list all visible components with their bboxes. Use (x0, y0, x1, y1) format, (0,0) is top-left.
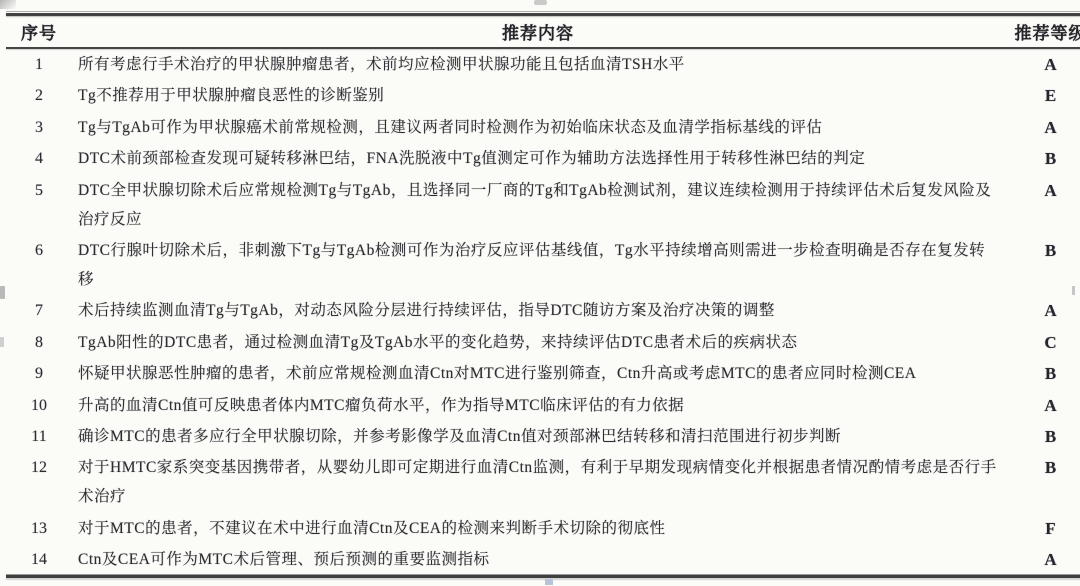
table-row: 14 Ctn及CEA可作为MTC术后管理、预后预测的重要监测指标 A (0, 545, 1080, 574)
row-number: 7 (0, 296, 78, 325)
table-body: 1 所有考虑行手术治疗的甲状腺肿瘤患者，术前均应检测甲状腺功能且包括血清TSH水… (0, 50, 1080, 576)
row-grade: A (998, 296, 1080, 325)
row-grade: C (998, 328, 1080, 357)
row-number: 13 (0, 514, 78, 543)
row-grade: A (998, 545, 1080, 574)
row-grade: B (998, 236, 1080, 265)
table-row: 3 Tg与TgAb可作为甲状腺癌术前常规检测，且建议两者同时检测作为初始临床状态… (0, 113, 1080, 142)
scanned-guideline-table-page: 序号 推荐内容 推荐等级 1 所有考虑行手术治疗的甲状腺肿瘤患者，术前均应检测甲… (0, 0, 1080, 586)
row-grade: B (998, 422, 1080, 451)
row-number: 10 (0, 391, 78, 420)
row-content: 术后持续监测血清Tg与TgAb，对动态风险分层进行持续评估，指导DTC随访方案及… (78, 296, 998, 325)
scan-artifact-bottom (545, 579, 553, 585)
row-number: 9 (0, 359, 78, 388)
row-grade: A (998, 176, 1080, 205)
row-content: Tg不推荐用于甲状腺肿瘤良恶性的诊断鉴别 (78, 81, 998, 110)
row-grade: A (998, 113, 1080, 142)
row-content: 所有考虑行手术治疗的甲状腺肿瘤患者，术前均应检测甲状腺功能且包括血清TSH水平 (78, 50, 998, 79)
scan-artifact-right (1072, 286, 1075, 295)
row-content: DTC全甲状腺切除术后应常规检测Tg与TgAb，且选择同一厂商的Tg和TgAb检… (78, 176, 998, 234)
row-grade: B (998, 144, 1080, 173)
row-number: 4 (0, 144, 78, 173)
row-number: 11 (0, 422, 78, 451)
scan-artifact-top (534, 0, 547, 5)
row-number: 2 (0, 81, 78, 110)
row-content: 确诊MTC的患者多应行全甲状腺切除，并参考影像学及血清Ctn值对颈部淋巴结转移和… (78, 422, 998, 451)
row-content: 升高的血清Ctn值可反映患者体内MTC瘤负荷水平，作为指导MTC临床评估的有力依… (78, 391, 998, 420)
table-row: 12 对于HMTC家系突变基因携带者，从婴幼儿即可定期进行血清Ctn监测，有利于… (0, 453, 1080, 511)
scan-artifact-left-2 (0, 337, 4, 347)
table-row: 2 Tg不推荐用于甲状腺肿瘤良恶性的诊断鉴别 E (0, 81, 1080, 110)
table-row: 1 所有考虑行手术治疗的甲状腺肿瘤患者，术前均应检测甲状腺功能且包括血清TSH水… (0, 50, 1080, 79)
row-number: 3 (0, 113, 78, 142)
table-row: 9 怀疑甲状腺恶性肿瘤的患者，术前应常规检测血清Ctn对MTC进行鉴别筛查，Ct… (0, 359, 1080, 388)
table-header-rule (6, 47, 1080, 49)
table-row: 8 TgAb阳性的DTC患者，通过检测血清Tg及TgAb水平的变化趋势，来持续评… (0, 328, 1080, 357)
row-grade: B (998, 453, 1080, 482)
table-row: 6 DTC行腺叶切除术后，非刺激下Tg与TgAb检测可作为治疗反应评估基线值，T… (0, 236, 1080, 294)
row-number: 8 (0, 328, 78, 357)
table-row: 10 升高的血清Ctn值可反映患者体内MTC瘤负荷水平，作为指导MTC临床评估的… (0, 391, 1080, 420)
row-number: 6 (0, 236, 78, 265)
row-number: 12 (0, 453, 78, 482)
row-content: Ctn及CEA可作为MTC术后管理、预后预测的重要监测指标 (78, 545, 998, 574)
table-top-rule-halo (6, 11, 1080, 12)
header-col-grade: 推荐等级 (998, 19, 1080, 44)
row-content: Tg与TgAb可作为甲状腺癌术前常规检测，且建议两者同时检测作为初始临床状态及血… (78, 113, 998, 142)
header-col-index: 序号 (0, 19, 78, 44)
row-grade: E (998, 81, 1080, 110)
table-row: 4 DTC术前颈部检查发现可疑转移淋巴结，FNA洗脱液中Tg值测定可作为辅助方法… (0, 144, 1080, 173)
header-col-content: 推荐内容 (78, 19, 998, 44)
table-header-row: 序号 推荐内容 推荐等级 (0, 16, 1080, 46)
row-number: 14 (0, 545, 78, 574)
table-row: 5 DTC全甲状腺切除术后应常规检测Tg与TgAb，且选择同一厂商的Tg和TgA… (0, 176, 1080, 234)
scan-artifact-corner (0, 0, 16, 9)
row-content: TgAb阳性的DTC患者，通过检测血清Tg及TgAb水平的变化趋势，来持续评估D… (78, 328, 998, 357)
table-row: 7 术后持续监测血清Tg与TgAb，对动态风险分层进行持续评估，指导DTC随访方… (0, 296, 1080, 325)
row-content: 怀疑甲状腺恶性肿瘤的患者，术前应常规检测血清Ctn对MTC进行鉴别筛查，Ctn升… (78, 359, 998, 388)
row-content: 对于HMTC家系突变基因携带者，从婴幼儿即可定期进行血清Ctn监测，有利于早期发… (78, 453, 998, 511)
row-grade: B (998, 359, 1080, 388)
row-content: DTC术前颈部检查发现可疑转移淋巴结，FNA洗脱液中Tg值测定可作为辅助方法选择… (78, 144, 998, 173)
row-grade: F (998, 514, 1080, 543)
row-grade: A (998, 50, 1080, 79)
row-number: 5 (0, 176, 78, 205)
table-row: 13 对于MTC的患者，不建议在术中进行血清Ctn及CEA的检测来判断手术切除的… (0, 514, 1080, 543)
row-content: DTC行腺叶切除术后，非刺激下Tg与TgAb检测可作为治疗反应评估基线值，Tg水… (78, 236, 998, 294)
row-grade: A (998, 391, 1080, 420)
row-number: 1 (0, 50, 78, 79)
table-row: 11 确诊MTC的患者多应行全甲状腺切除，并参考影像学及血清Ctn值对颈部淋巴结… (0, 422, 1080, 451)
scan-artifact-left (0, 286, 5, 299)
row-content: 对于MTC的患者，不建议在术中进行血清Ctn及CEA的检测来判断手术切除的彻底性 (78, 514, 998, 543)
